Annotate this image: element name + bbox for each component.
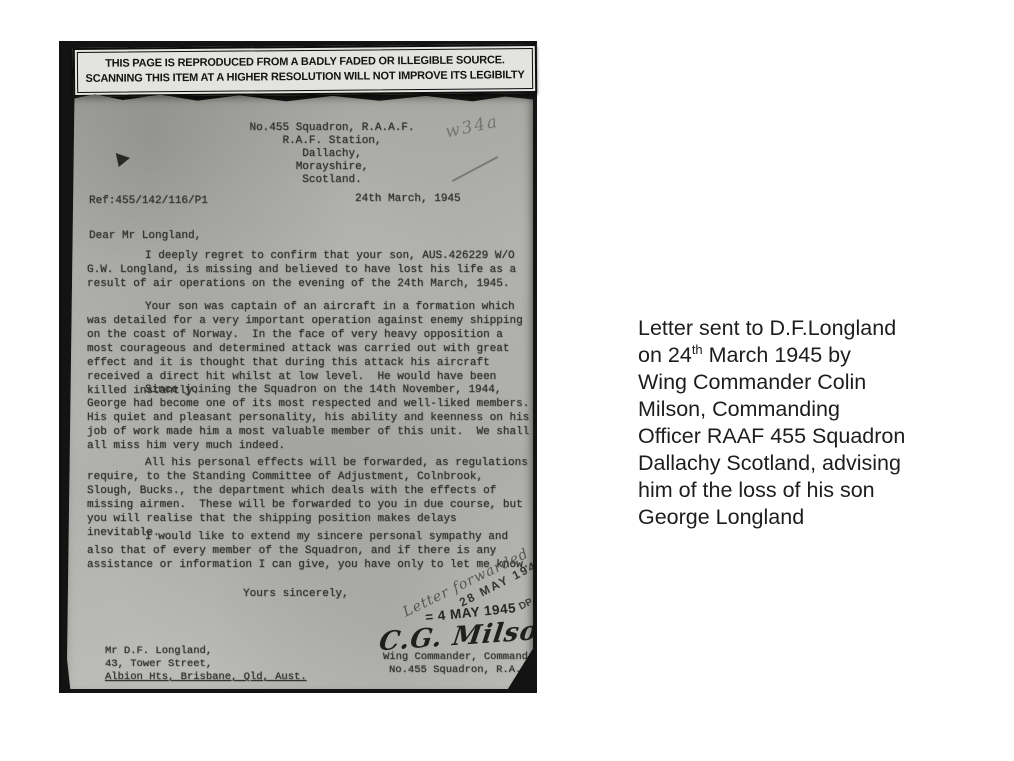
signatory-unit: No.455 Squadron, R.A.A.F. xyxy=(389,664,547,676)
letterhead-country: Scotland. xyxy=(217,174,447,187)
pencil-slash-stroke xyxy=(452,156,499,182)
letter-paper: No.455 Squadron, R.A.A.F. R.A.F. Station… xyxy=(67,93,533,689)
caption-line-3: Wing Commander Colin xyxy=(638,369,943,396)
legibility-banner-text: THIS PAGE IS REPRODUCED FROM A BADLY FAD… xyxy=(77,48,533,93)
letterhead: No.455 Squadron, R.A.A.F. R.A.F. Station… xyxy=(217,122,447,187)
caption-line-8: George Longland xyxy=(638,504,943,531)
letterhead-squadron: No.455 Squadron, R.A.A.F. xyxy=(217,122,447,135)
paragraph-3: Since joining the Squadron on the 14th N… xyxy=(87,383,531,453)
paragraph-1: I deeply regret to confirm that your son… xyxy=(87,249,531,291)
caption-line-7: him of the loss of his son xyxy=(638,477,943,504)
signatory-title: Wing Commander, Commanding, xyxy=(383,651,553,663)
caption-line-5: Officer RAAF 455 Squadron xyxy=(638,423,943,450)
letter-date: 24th March, 1945 xyxy=(355,193,461,205)
salutation: Dear Mr Longland, xyxy=(89,230,201,242)
paper-tear-mark xyxy=(115,153,130,167)
slide: { "scan": { "banner": { "line1": "THIS P… xyxy=(0,0,1014,761)
caption: Letter sent to D.F.Longland on 24th Marc… xyxy=(638,315,943,531)
caption-line-1: Letter sent to D.F.Longland xyxy=(638,315,943,342)
caption-line-6: Dallachy Scotland, advising xyxy=(638,450,943,477)
recipient-street: 43, Tower Street, xyxy=(105,658,307,671)
caption-line-2-pre: on 24 xyxy=(638,343,692,367)
reference-number: Ref:455/142/116/P1 xyxy=(89,195,208,207)
stamp-initials: DP xyxy=(517,596,534,612)
caption-line-2: on 24th March 1945 by xyxy=(638,342,943,369)
letterhead-county: Morayshire, xyxy=(217,161,447,174)
caption-line-2-post: March 1945 by xyxy=(703,343,851,367)
caption-line-4: Milson, Commanding xyxy=(638,396,943,423)
paragraph-5: I would like to extend my sincere person… xyxy=(87,530,531,572)
pencil-annotation: w34a xyxy=(444,112,501,143)
letterhead-town: Dallachy, xyxy=(217,148,447,161)
caption-ordinal-superscript: th xyxy=(692,342,703,357)
scanned-letter: THIS PAGE IS REPRODUCED FROM A BADLY FAD… xyxy=(59,41,537,693)
banner-line-2: SCANNING THIS ITEM AT A HIGHER RESOLUTIO… xyxy=(82,68,528,87)
paragraph-4: All his personal effects will be forward… xyxy=(87,456,531,540)
recipient-city: Albion Hts, Brisbane, Qld, Aust. xyxy=(105,671,307,684)
closing: Yours sincerely, xyxy=(243,588,349,600)
legibility-banner: THIS PAGE IS REPRODUCED FROM A BADLY FAD… xyxy=(73,44,537,97)
letterhead-station: R.A.F. Station, xyxy=(217,135,447,148)
recipient-address: Mr D.F. Longland, 43, Tower Street, Albi… xyxy=(105,645,307,684)
recipient-name: Mr D.F. Longland, xyxy=(105,645,307,658)
